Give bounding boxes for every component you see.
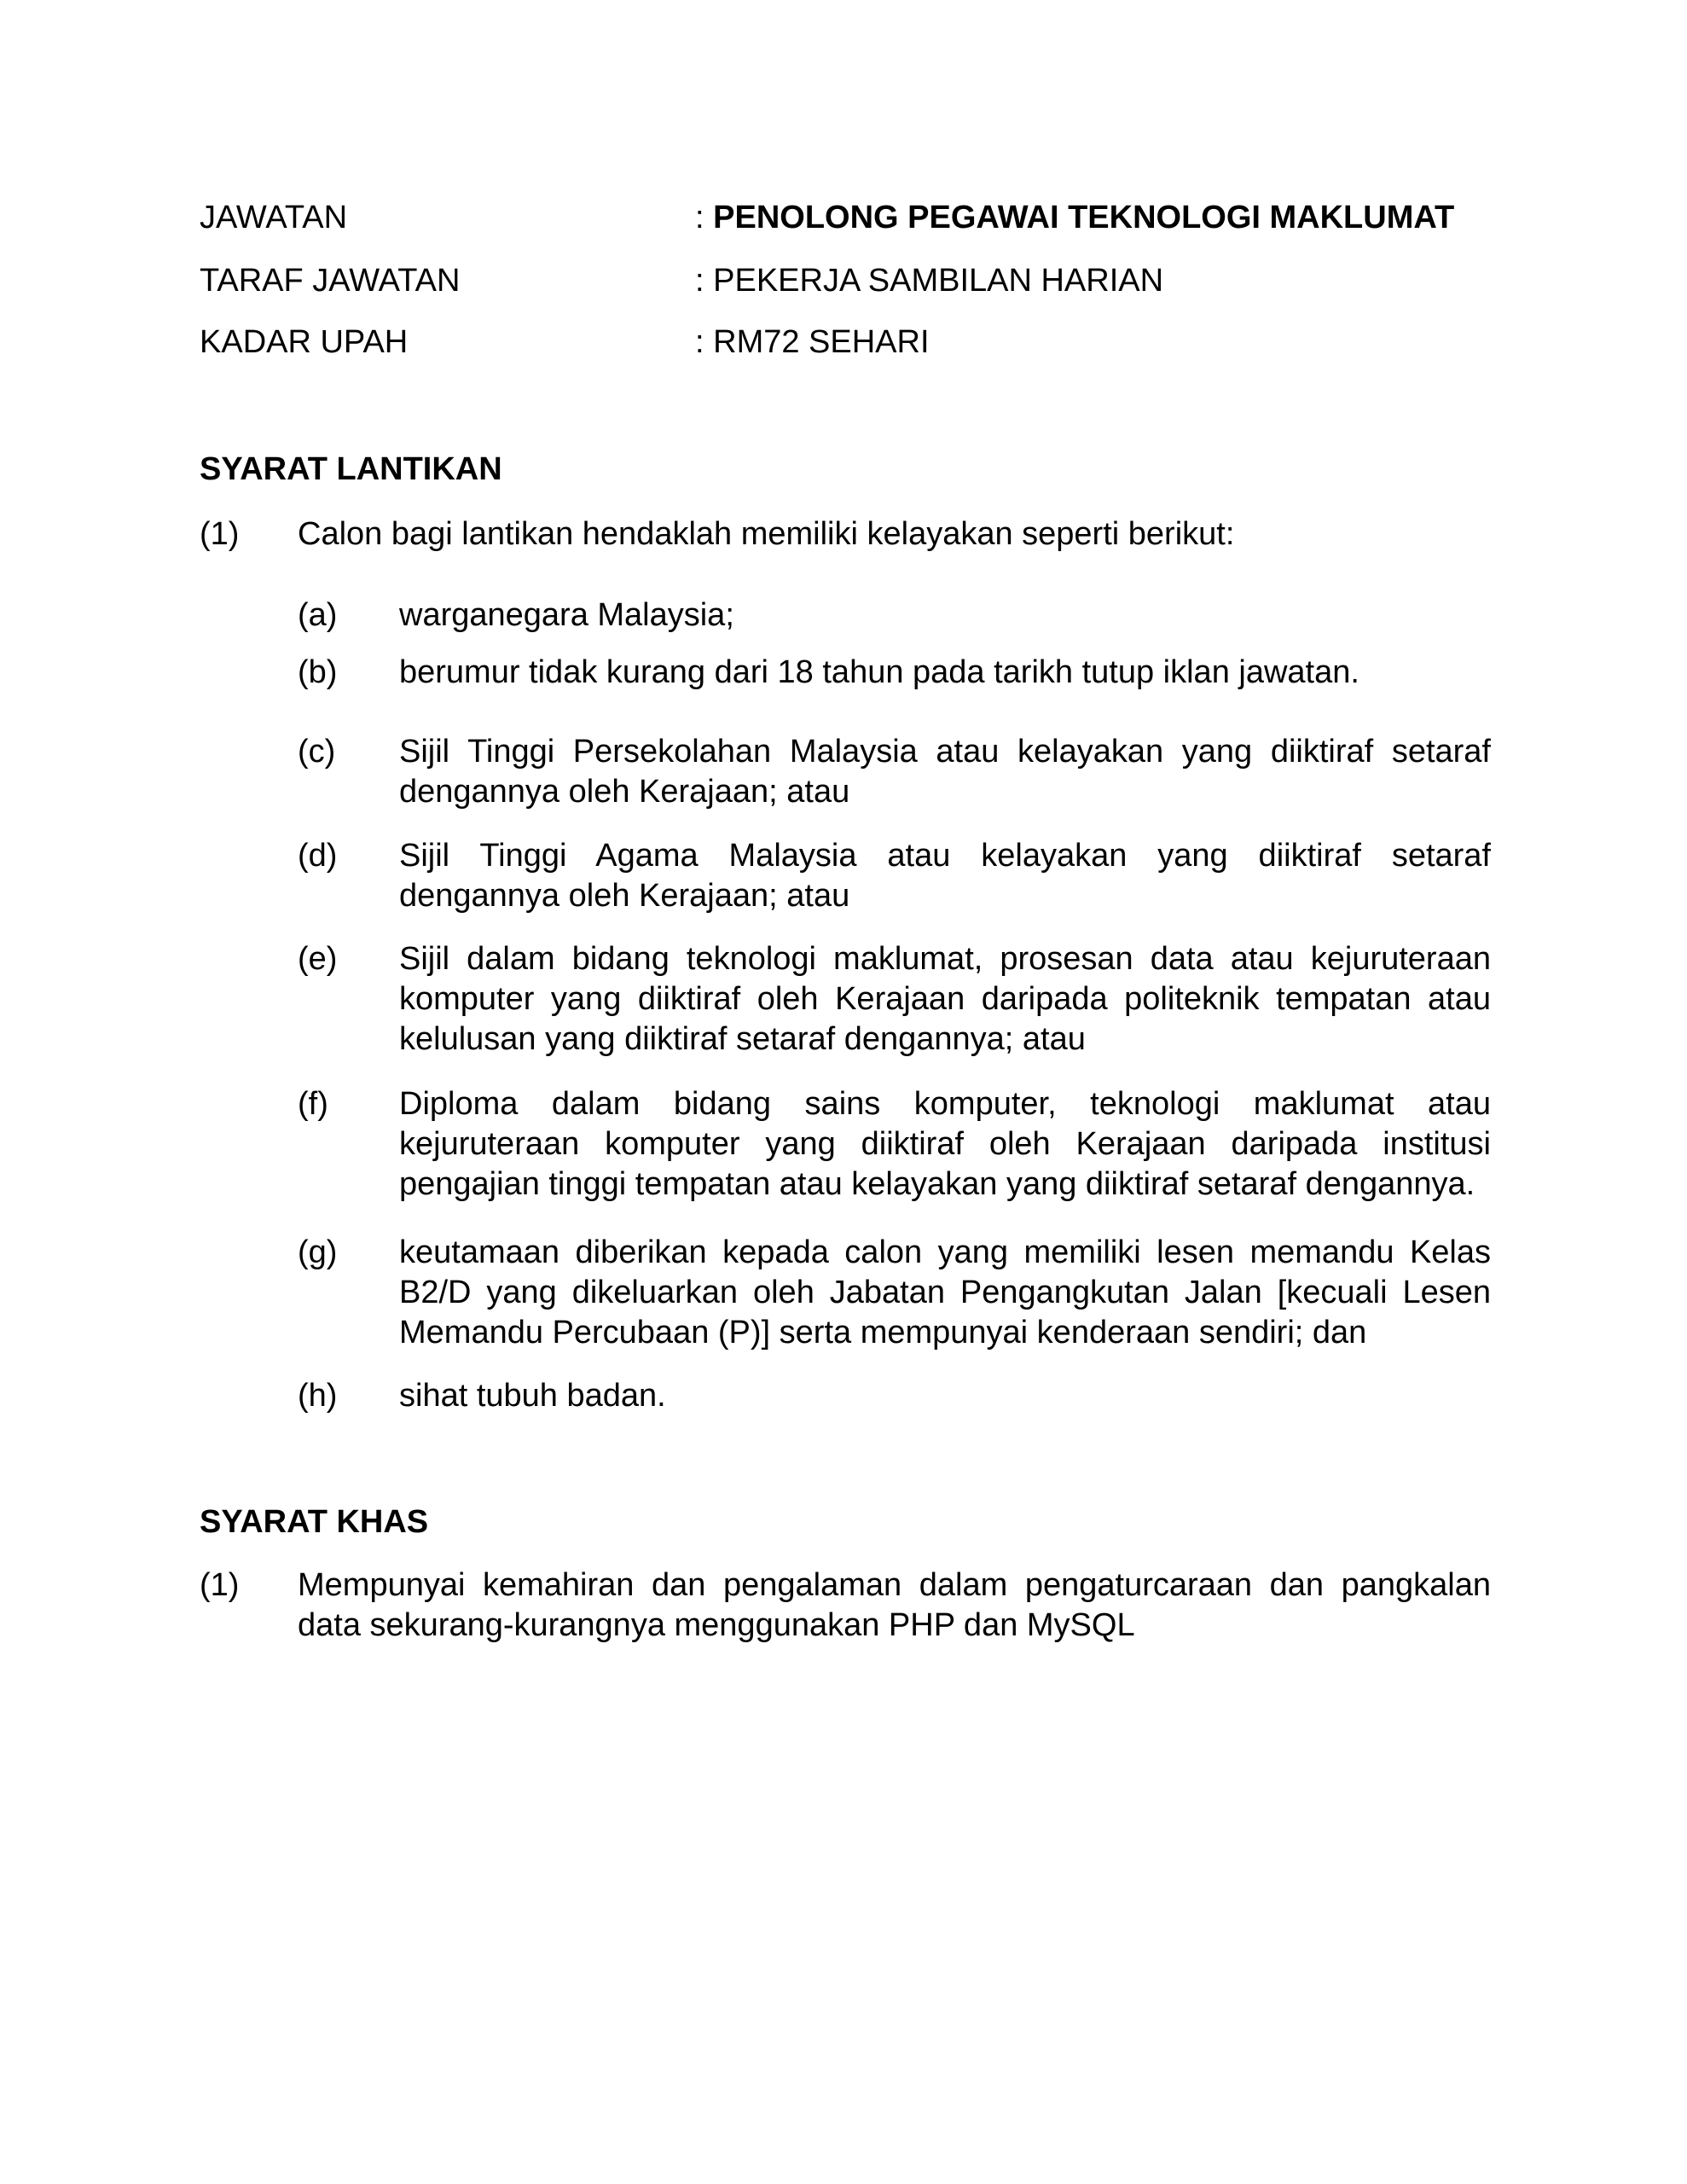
subitem-text: Sijil Tinggi Agama Malaysia atau kelayak… — [399, 836, 1491, 916]
text-line: data sekurang-kurangnya menggunakan PHP … — [298, 1606, 1491, 1646]
subitem-letter: (d) — [298, 836, 337, 876]
subitem-text: sihat tubuh badan. — [399, 1376, 1491, 1416]
text-line: Calon bagi lantikan hendaklah memiliki k… — [298, 514, 1491, 555]
text-line: B2/D yang dikeluarkan oleh Jabatan Penga… — [399, 1273, 1491, 1313]
item-text: Mempunyai kemahiran dan pengalaman dalam… — [298, 1565, 1491, 1646]
subitem-text: berumur tidak kurang dari 18 tahun pada … — [399, 653, 1491, 693]
subitem-letter: (b) — [298, 653, 337, 693]
subitem-letter: (g) — [298, 1233, 337, 1273]
header-label-jawatan: JAWATAN — [200, 198, 347, 238]
text-line: dengannya oleh Kerajaan; atau — [399, 772, 1491, 812]
subitem-letter: (e) — [298, 939, 337, 979]
item-text: Calon bagi lantikan hendaklah memiliki k… — [298, 514, 1491, 555]
subitem-letter: (h) — [298, 1376, 337, 1416]
text-line: Memandu Percubaan (P)] serta mempunyai k… — [399, 1313, 1491, 1353]
separator: : — [695, 263, 713, 299]
item-number: (1) — [200, 1565, 239, 1606]
text-line: keutamaan diberikan kepada calon yang me… — [399, 1233, 1491, 1273]
subitem-text: Diploma dalam bidang sains komputer, tek… — [399, 1084, 1491, 1205]
subitem-text: keutamaan diberikan kepada calon yang me… — [399, 1233, 1491, 1353]
wage-rate: RM72 SEHARI — [713, 324, 929, 360]
text-line: dengannya oleh Kerajaan; atau — [399, 876, 1491, 916]
text-line: warganegara Malaysia; — [399, 595, 1491, 636]
subitem-letter: (c) — [298, 732, 335, 772]
text-line: berumur tidak kurang dari 18 tahun pada … — [399, 653, 1491, 693]
document-page: JAWATAN : PENOLONG PEGAWAI TEKNOLOGI MAK… — [0, 0, 1687, 2184]
item-number: (1) — [200, 514, 239, 555]
header-value-taraf-jawatan: : PEKERJA SAMBILAN HARIAN — [695, 261, 1163, 301]
text-line: kelulusan yang diiktiraf setaraf dengann… — [399, 1019, 1491, 1060]
text-line: kejuruteraan komputer yang diiktiraf ole… — [399, 1124, 1491, 1165]
text-line: Sijil dalam bidang teknologi maklumat, p… — [399, 939, 1491, 979]
job-status: PEKERJA SAMBILAN HARIAN — [713, 263, 1163, 299]
separator: : — [695, 324, 713, 360]
subitem-letter: (a) — [298, 595, 337, 636]
separator: : — [695, 200, 713, 235]
text-line: Sijil Tinggi Persekolahan Malaysia atau … — [399, 732, 1491, 772]
header-value-jawatan: : PENOLONG PEGAWAI TEKNOLOGI MAKLUMAT — [695, 198, 1454, 238]
text-line: sihat tubuh badan. — [399, 1376, 1491, 1416]
header-label-taraf-jawatan: TARAF JAWATAN — [200, 261, 460, 301]
subitem-text: Sijil dalam bidang teknologi maklumat, p… — [399, 939, 1491, 1060]
text-line: Sijil Tinggi Agama Malaysia atau kelayak… — [399, 836, 1491, 876]
subitem-text: Sijil Tinggi Persekolahan Malaysia atau … — [399, 732, 1491, 812]
text-line: Diploma dalam bidang sains komputer, tek… — [399, 1084, 1491, 1124]
text-line: pengajian tinggi tempatan atau kelayakan… — [399, 1165, 1491, 1205]
job-title: PENOLONG PEGAWAI TEKNOLOGI MAKLUMAT — [713, 200, 1454, 235]
section-heading: SYARAT LANTIKAN — [200, 450, 502, 490]
text-line: Mempunyai kemahiran dan pengalaman dalam… — [298, 1565, 1491, 1606]
header-label-kadar-upah: KADAR UPAH — [200, 322, 408, 363]
subitem-text: warganegara Malaysia; — [399, 595, 1491, 636]
section-heading: SYARAT KHAS — [200, 1502, 428, 1542]
subitem-letter: (f) — [298, 1084, 328, 1124]
header-value-kadar-upah: : RM72 SEHARI — [695, 322, 930, 363]
text-line: komputer yang diiktiraf oleh Kerajaan da… — [399, 979, 1491, 1019]
